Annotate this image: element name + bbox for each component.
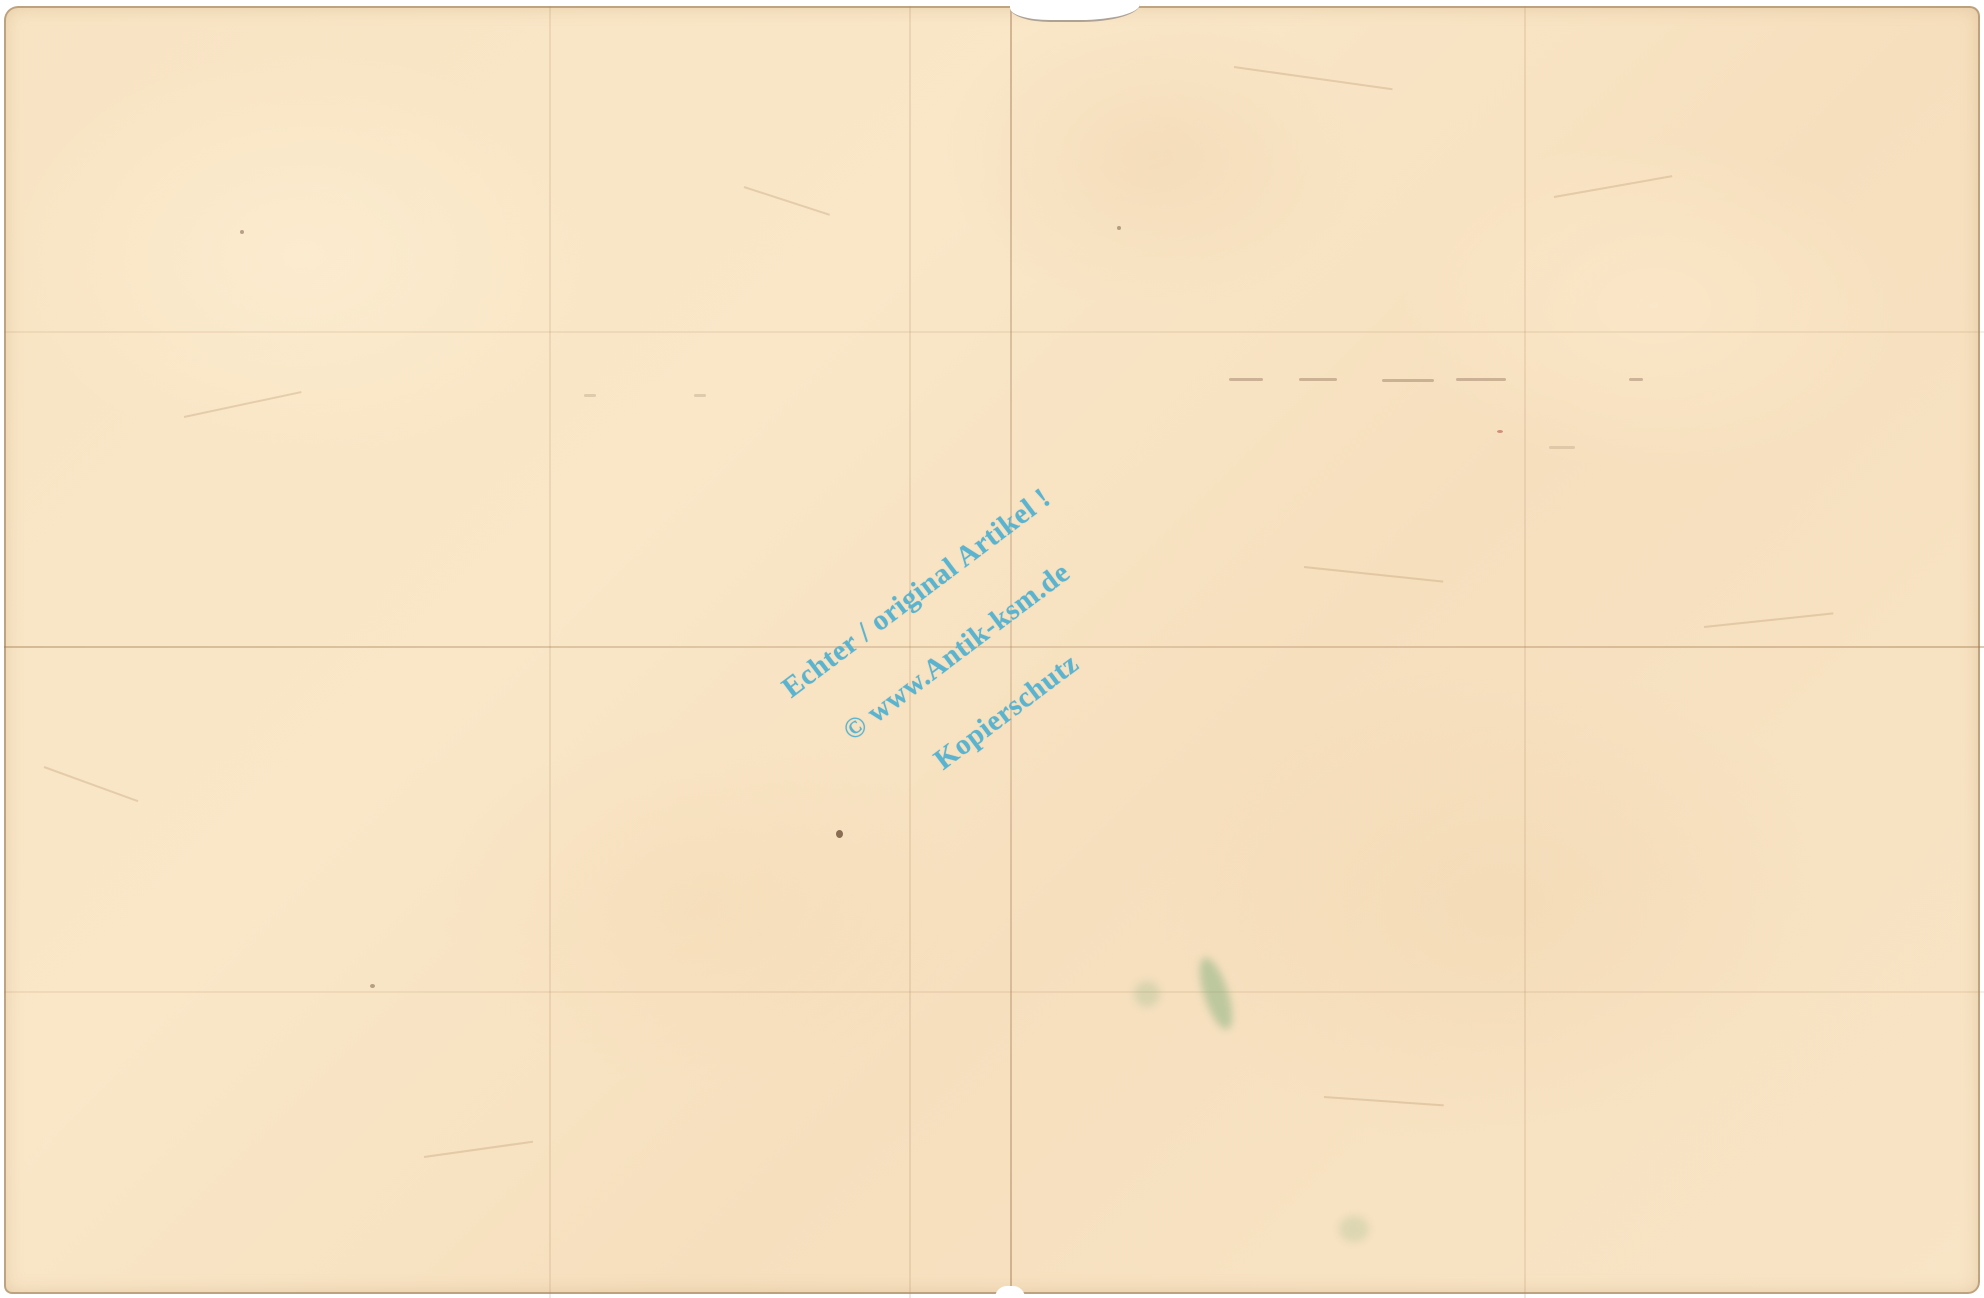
fold-line [549,6,551,1298]
torn-edge-bottom [995,1286,1025,1298]
bleed-through-mark [1549,446,1575,449]
ink-spot [836,830,843,838]
paper-sheet [4,6,1980,1294]
crease [424,1141,533,1158]
green-stain [1339,1216,1369,1242]
bleed-through-mark [1229,378,1263,381]
crease [1704,612,1833,628]
fold-line [1524,6,1526,1298]
reddish-mark [1497,430,1503,433]
crease [184,391,302,418]
bleed-through-mark [1382,379,1434,382]
ink-spot [240,230,244,234]
ink-spot [370,984,375,988]
crease [1234,66,1393,90]
scanned-document: Echter / original Artikel ! © www.Antik-… [0,0,1984,1298]
fold-line [909,6,911,1298]
crease [1324,1096,1444,1106]
center-fold-vertical [1010,6,1012,1298]
center-fold-horizontal [4,646,1984,648]
crease [1554,175,1673,198]
crease [744,186,830,216]
bleed-through-mark [694,394,706,397]
ink-spot [1117,226,1121,230]
crease [1304,566,1443,583]
fold-line [4,331,1984,333]
fold-line [4,991,1984,993]
bleed-through-mark [1456,378,1506,381]
bleed-through-mark [1299,378,1337,381]
bleed-through-mark [1629,378,1643,381]
crease [44,766,139,802]
green-stain [1134,981,1160,1007]
bleed-through-mark [584,394,596,397]
green-stain [1193,954,1239,1033]
